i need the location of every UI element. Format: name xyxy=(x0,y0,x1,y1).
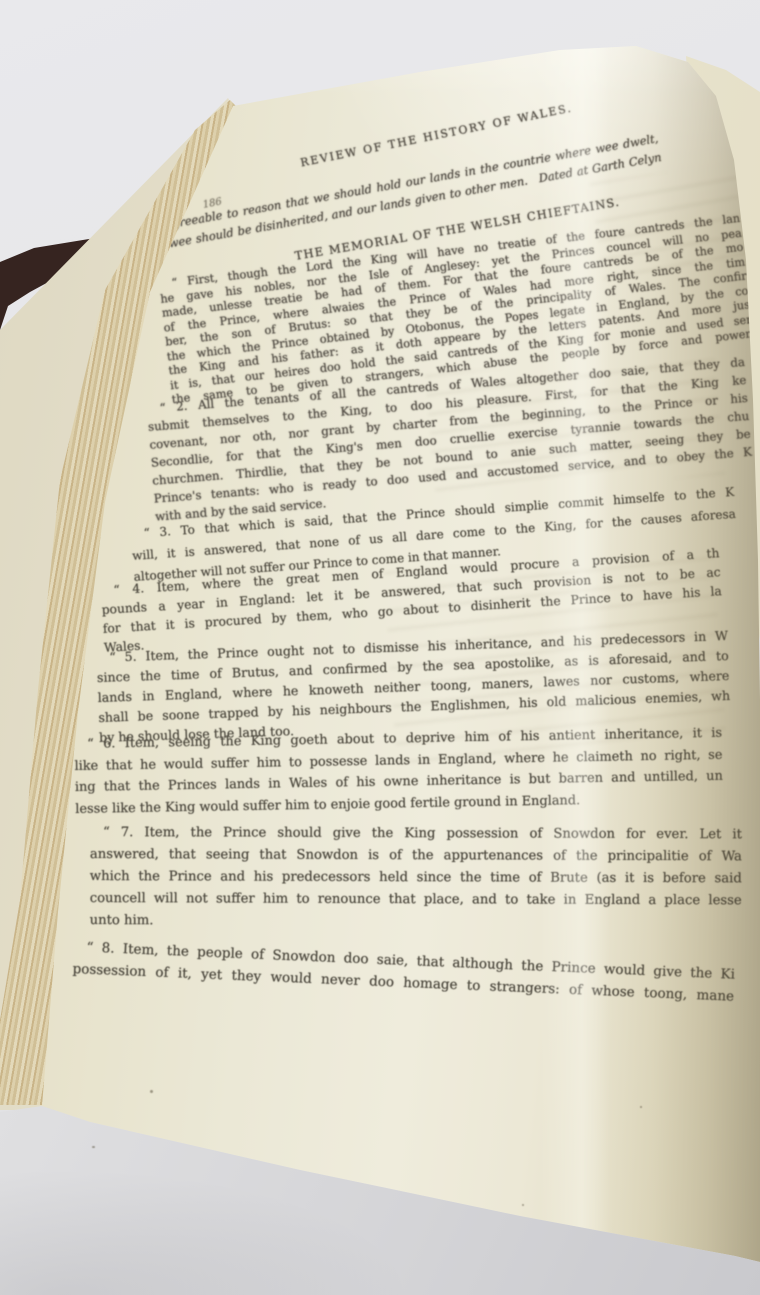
book-page: 186 REVIEW OF THE HISTORY OF WALES. agre… xyxy=(0,0,760,1295)
page-curl-highlight xyxy=(540,0,610,1295)
page-curl-shadow xyxy=(595,0,760,1295)
paper-speck xyxy=(150,1090,153,1093)
paper-speck xyxy=(640,1106,642,1108)
paper-speck xyxy=(92,1146,95,1148)
book-photograph: 186 REVIEW OF THE HISTORY OF WALES. agre… xyxy=(0,0,760,1295)
paper-speck xyxy=(522,1204,524,1206)
